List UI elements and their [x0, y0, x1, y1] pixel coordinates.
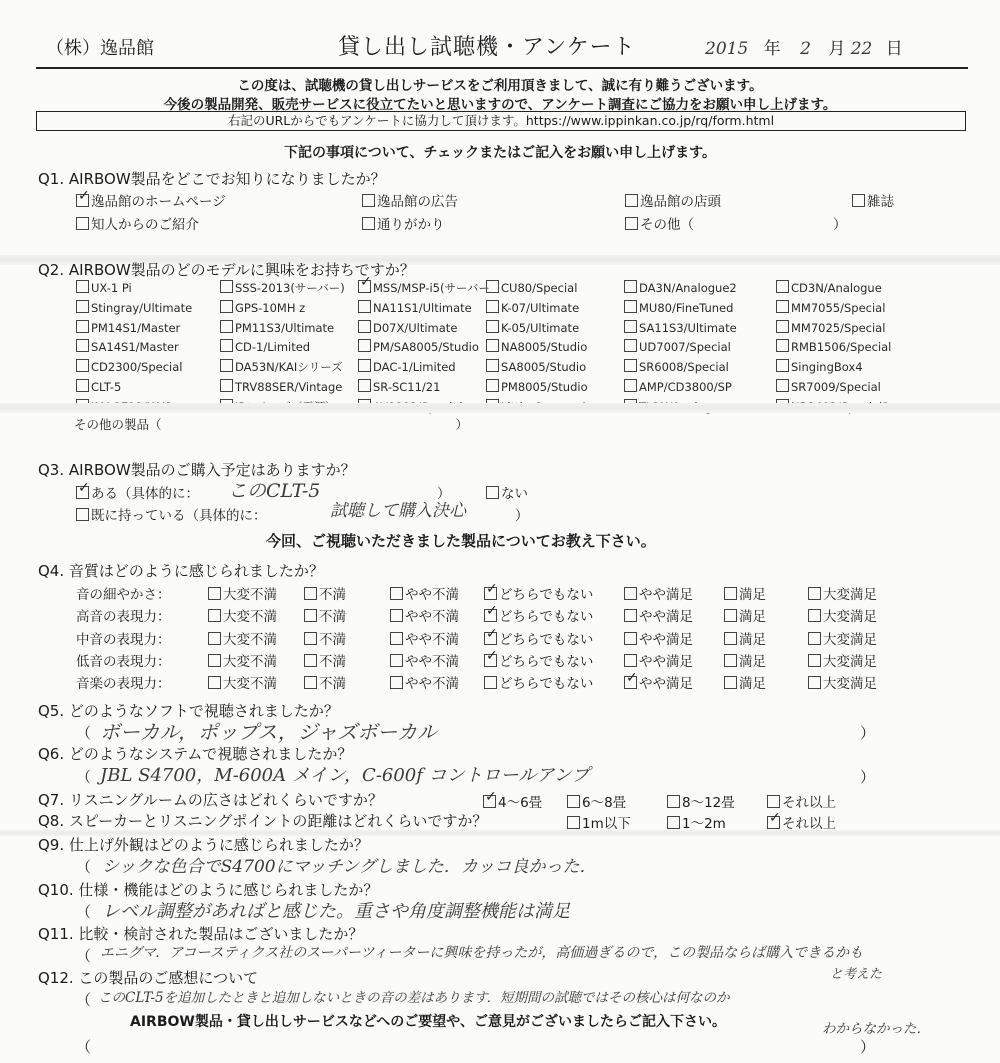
q4-rating-option-label: 不満 — [319, 609, 346, 625]
q4-rating-option-label: どちらでもない — [499, 632, 593, 648]
q2-model-checkbox[interactable] — [220, 280, 233, 293]
q4-rating-option[interactable]: 不満 — [304, 605, 346, 625]
q1-option-7-checkbox[interactable] — [625, 217, 638, 230]
q2-model[interactable]: PM14S1/Master — [76, 320, 180, 335]
month-label: 月 — [828, 39, 845, 59]
q4-rating-option[interactable]: 大変不満 — [208, 583, 277, 603]
q2-model-checkbox[interactable] — [624, 359, 637, 372]
q2-model-label: PM/SA8005/Studio — [373, 340, 479, 354]
q5-answer[interactable]: ボーカル，ポップス，ジャズボーカル — [100, 716, 437, 745]
q11-open: （ — [76, 945, 91, 966]
q2-model[interactable]: PM11S3/Ultimate — [220, 320, 334, 335]
q2-model-label: NA11S1/Ultimate — [373, 301, 472, 315]
q3-no-option[interactable]: ない — [486, 482, 528, 502]
q2-model[interactable]: PM/SA8005/Studio — [358, 339, 479, 354]
q1-other-close: ） — [833, 213, 847, 233]
q3-own-label: 既に持っている（具体的に： — [91, 508, 267, 524]
q3-own-checkbox[interactable] — [76, 508, 89, 521]
q4-rating-option-label: どちらでもない — [499, 587, 593, 603]
q4-rating-option-checkbox[interactable] — [624, 654, 637, 667]
q2-model-checkbox[interactable] — [624, 339, 637, 352]
q2-model[interactable]: NA8005/Studio — [486, 339, 587, 354]
q4-rating-option[interactable]: 満足 — [724, 583, 766, 603]
q2-model-label: DA3N/Analogue2 — [639, 281, 737, 295]
q4-rating-option-checkbox[interactable] — [624, 676, 637, 689]
q1-label: Q1. AIRBOW製品をどこでお知りになりましたか？ — [38, 168, 386, 189]
q4-rating-option-checkbox[interactable] — [724, 632, 737, 645]
q2-model-checkbox[interactable] — [76, 280, 89, 293]
q9-open: （ — [76, 856, 91, 877]
q2-model[interactable]: SSS-2013(サーバー) — [220, 280, 345, 296]
intro-line-1: この度は、試聴機の貸し出しサービスをご利用頂きまして、誠に有り難うございます。 — [0, 74, 1000, 94]
q4-rating-option[interactable]: 満足 — [724, 605, 766, 625]
q7-option-2-label: 6～8畳 — [582, 795, 626, 811]
q4-rating-option-checkbox[interactable] — [624, 609, 637, 622]
q4-rating-option-label: やや満足 — [639, 654, 693, 670]
q8-option-2[interactable]: 1～2m — [667, 812, 726, 832]
q2-model-label: CD3N/Analogue — [791, 281, 882, 295]
q4-rating-option[interactable]: 大変不満 — [208, 605, 277, 625]
q4-rating-option-checkbox[interactable] — [484, 609, 497, 622]
q3-yes-option[interactable]: ある（具体的に： — [76, 482, 199, 502]
q2-model[interactable]: CD-1/Limited — [220, 339, 310, 354]
q4-rating-option-checkbox[interactable] — [624, 587, 637, 600]
q8-option-1-checkbox[interactable] — [567, 816, 580, 829]
q2-model-label: NA8005/Studio — [501, 340, 587, 354]
q10-answer[interactable]: レベル調整があればと感じた。重さや角度調整機能は満足 — [102, 897, 570, 923]
q2-model[interactable]: Stingray/Ultimate — [76, 300, 192, 315]
closing-comment-field[interactable] — [100, 1034, 820, 1056]
year-label: 年 — [764, 39, 781, 59]
q4-rating-option-checkbox[interactable] — [304, 654, 317, 667]
q2-model[interactable]: SingingBox4 — [776, 359, 863, 374]
instruction: 下記の事項について、チェックまたはご記入をお願い申し上げます。 — [0, 142, 1000, 162]
q4-rating-option-label: 不満 — [319, 632, 346, 648]
q2-model[interactable]: SR-SC11/21 — [358, 379, 440, 394]
q2-model[interactable]: CD2300/Special — [76, 359, 182, 374]
q3-yes-checkbox[interactable] — [76, 486, 89, 499]
q7-label: Q7. リスニングルームの広さはどれくらいですか？ — [38, 789, 383, 810]
q4-rating-option-label: 満足 — [739, 587, 766, 603]
q4-rating-option-checkbox[interactable] — [484, 676, 497, 689]
header-rule — [36, 67, 968, 69]
q4-rating-option-checkbox[interactable] — [304, 632, 317, 645]
q2-model-checkbox[interactable] — [358, 339, 371, 352]
q1-option-1-checkbox[interactable] — [76, 194, 89, 207]
q4-rating-option-checkbox[interactable] — [390, 632, 403, 645]
q4-rating-option[interactable]: やや不満 — [390, 628, 459, 648]
q2-model-label: PM14S1/Master — [91, 321, 180, 335]
q7-option-4-label: それ以上 — [782, 795, 836, 811]
q7-option-1-checkbox[interactable] — [483, 795, 496, 808]
q2-model-checkbox[interactable] — [358, 359, 371, 372]
q2-model-checkbox[interactable] — [76, 359, 89, 372]
q4-rating-option-label: どちらでもない — [499, 676, 593, 692]
q2-model-label: SA14S1/Master — [91, 340, 179, 354]
q2-model[interactable]: UD7007/Special — [624, 339, 731, 354]
q2-model-label: DAC-1/Limited — [373, 360, 456, 374]
q1-option-4-label: 雑誌 — [867, 194, 894, 210]
q1-option-3[interactable]: 逸品館の店頭 — [625, 190, 721, 210]
q2-label: Q2. AIRBOW製品のどのモデルに興味をお持ちですか？ — [38, 259, 415, 280]
q2-model-label: MSS/MSP-i5(サーバー — [373, 281, 490, 295]
q2-model-label: PM8005/Studio — [501, 380, 588, 394]
q4-rating-option-label: 不満 — [319, 676, 346, 692]
q4-rating-option-label: 大変不満 — [223, 587, 277, 603]
q2-model-label: D07X/Ultimate — [373, 321, 457, 335]
q4-rating-option[interactable]: やや満足 — [624, 672, 693, 692]
q2-other-close: ） — [456, 417, 469, 432]
q2-model-label: SA8005/Studio — [501, 360, 586, 374]
q2-model[interactable]: MM7025/Special — [776, 320, 885, 335]
q2-model-label: RMB1506/Special — [791, 340, 891, 354]
q2-model[interactable]: DAC-1/Limited — [358, 359, 456, 374]
q2-model[interactable]: SR6008/Special — [624, 359, 729, 374]
paper-fold — [0, 403, 1000, 413]
q2-model-checkbox[interactable] — [486, 320, 499, 333]
q3-yes-answer[interactable]: このCLT-5 — [228, 476, 320, 503]
q2-model[interactable]: DA53N/KAIシリーズ — [220, 359, 343, 375]
date-month: 2 — [800, 39, 811, 59]
q4-rating-option-label: 大変不満 — [223, 654, 277, 670]
q2-model[interactable]: RMB1506/Special — [776, 339, 891, 354]
q4-rating-option[interactable]: やや満足 — [624, 650, 693, 670]
q4-rating-option-checkbox[interactable] — [390, 587, 403, 600]
q1-option-4[interactable]: 雑誌 — [852, 190, 894, 210]
q4-row-label: 音楽の表現力： — [76, 672, 171, 692]
q2-model-checkbox[interactable] — [776, 359, 789, 372]
date-field[interactable]: 2015 年 2 月 22 日 — [705, 34, 903, 59]
q1-option-5-label: 知人からのご紹介 — [91, 217, 199, 233]
q4-rating-option[interactable]: やや不満 — [390, 605, 459, 625]
q2-model-checkbox[interactable] — [76, 339, 89, 352]
q4-rating-option-checkbox[interactable] — [390, 654, 403, 667]
q4-rating-option-checkbox[interactable] — [208, 654, 221, 667]
q2-model[interactable]: NA11S1/Ultimate — [358, 300, 472, 315]
url-note: 右記のURLからでもアンケートに協力して頂けます。https://www.ipp… — [37, 112, 965, 129]
q4-rating-option[interactable]: 満足 — [724, 672, 766, 692]
q4-rating-option[interactable]: どちらでもない — [484, 628, 593, 648]
q4-rating-option-checkbox[interactable] — [724, 654, 737, 667]
q11-label: Q11. 比較・検討された製品はございましたか？ — [38, 923, 363, 944]
q4-rating-option-label: やや不満 — [405, 676, 459, 692]
q4-rating-option-checkbox[interactable] — [808, 676, 821, 689]
closing-heading: AIRBOW製品・貸し出しサービスなどへのご要望や、ご意見がございましたらご記入… — [130, 1011, 726, 1031]
q4-rating-option-checkbox[interactable] — [484, 654, 497, 667]
q2-model[interactable]: DA3N/Analogue2 — [624, 280, 737, 295]
q2-model-checkbox[interactable] — [776, 300, 789, 313]
q2-model-label: CD-1/Limited — [235, 340, 310, 354]
q2-model-checkbox[interactable] — [358, 320, 371, 333]
q1-option-1[interactable]: 逸品館のホームページ — [76, 190, 226, 210]
q2-model-label: SR6008/Special — [639, 360, 729, 374]
q2-model[interactable]: SA8005/Studio — [486, 359, 586, 374]
q2-model-checkbox[interactable] — [220, 379, 233, 392]
q4-rating-option[interactable]: やや不満 — [390, 650, 459, 670]
q1-option-5[interactable]: 知人からのご紹介 — [76, 213, 199, 233]
q8-option-1[interactable]: 1m以下 — [567, 812, 631, 832]
q2-model-label: DA53N/KAIシリーズ — [235, 360, 343, 374]
q2-model-checkbox[interactable] — [776, 320, 789, 333]
q4-rating-option-label: 満足 — [739, 609, 766, 625]
q3-own-close: ） — [515, 504, 529, 524]
q3-no-label: ない — [501, 486, 528, 502]
q8-option-3-checkbox[interactable] — [767, 816, 780, 829]
q4-rating-option[interactable]: 不満 — [304, 672, 346, 692]
q4-rating-option[interactable]: 大変満足 — [808, 650, 877, 670]
q2-model-label: K-05/Ultimate — [501, 321, 579, 335]
q2-model-label: MM7025/Special — [791, 321, 885, 335]
q7-option-1[interactable]: 4～6畳 — [483, 791, 542, 811]
q4-rating-option-label: 大変不満 — [223, 676, 277, 692]
q4-rating-option-checkbox[interactable] — [724, 676, 737, 689]
q4-rating-option-label: どちらでもない — [499, 609, 593, 625]
q2-model[interactable]: SA14S1/Master — [76, 339, 179, 354]
q1-option-6-checkbox[interactable] — [362, 217, 375, 230]
page-title: 貸し出し試聴機・アンケート — [338, 30, 636, 61]
q2-model-checkbox[interactable] — [624, 379, 637, 392]
date-day: 22 — [851, 39, 873, 59]
q2-model[interactable]: K-07/Ultimate — [486, 300, 579, 315]
q2-model[interactable]: UX-1 Pi — [76, 280, 132, 295]
q2-model[interactable]: CU80/Special — [486, 280, 577, 295]
q4-rating-option-checkbox[interactable] — [724, 587, 737, 600]
q4-rating-option[interactable]: 不満 — [304, 628, 346, 648]
day-label: 日 — [886, 39, 903, 59]
q4-rating-option[interactable]: やや不満 — [390, 672, 459, 692]
q2-model-checkbox[interactable] — [76, 320, 89, 333]
q2-model-label: SSS-2013(サーバー) — [235, 281, 345, 295]
q2-model-checkbox[interactable] — [358, 300, 371, 313]
q2-model-label: MU80/FineTuned — [639, 301, 733, 315]
q8-option-3[interactable]: それ以上 — [767, 812, 836, 832]
q4-rating-option-checkbox[interactable] — [304, 587, 317, 600]
q2-model-label: CU80/Special — [501, 281, 577, 295]
q2-model[interactable]: TRV88SER/Vintage — [220, 379, 342, 394]
q4-rating-option[interactable]: やや満足 — [624, 583, 693, 603]
q2-model-checkbox[interactable] — [76, 300, 89, 313]
q2-model[interactable]: PM8005/Studio — [486, 379, 588, 394]
q2-model[interactable]: AMP/CD3800/SP — [624, 379, 732, 394]
q3-own-answer[interactable]: 試聴して購入決心 — [330, 496, 466, 521]
q2-model-label: CLT-5 — [91, 380, 121, 394]
q2-model[interactable]: K-05/Ultimate — [486, 320, 579, 335]
q8-option-2-checkbox[interactable] — [667, 816, 680, 829]
q6-open: （ — [76, 766, 91, 787]
q1-option-2-label: 逸品館の広告 — [377, 194, 458, 210]
q2-model[interactable]: CLT-5 — [76, 379, 121, 394]
q7-option-4[interactable]: それ以上 — [767, 791, 836, 811]
q2-model-checkbox[interactable] — [220, 339, 233, 352]
q4-rating-option[interactable]: 大変不満 — [208, 672, 277, 692]
q4-rating-option[interactable]: 不満 — [304, 650, 346, 670]
q11-answer[interactable]: エニグマ．アコースティクス社のスーパーツィーターに興味を持ったが，高価過ぎるので… — [100, 942, 863, 962]
q1-option-2[interactable]: 逸品館の広告 — [362, 190, 458, 210]
q2-model-checkbox[interactable] — [486, 280, 499, 293]
q11-answer-cont[interactable]: と考えた — [830, 963, 882, 982]
q2-model-label: AMP/CD3800/SP — [639, 380, 732, 394]
q4-rating-option-label: 大変不満 — [223, 609, 277, 625]
q2-model-checkbox[interactable] — [220, 359, 233, 372]
q12-answer[interactable]: このCLT-5を追加したときと追加しないときの音の差はあります．短期間の試聴では… — [98, 986, 730, 1006]
q2-model-checkbox[interactable] — [624, 300, 637, 313]
q4-rating-option[interactable]: 満足 — [724, 650, 766, 670]
q7-option-3-label: 8～12畳 — [682, 795, 735, 811]
q2-model-label: SR-SC11/21 — [373, 380, 440, 394]
q4-rating-option-checkbox[interactable] — [208, 587, 221, 600]
q4-rating-option[interactable]: 満足 — [724, 628, 766, 648]
q2-model-checkbox[interactable] — [486, 359, 499, 372]
q1-option-2-checkbox[interactable] — [362, 194, 375, 207]
closing-close: ） — [860, 1036, 875, 1057]
q12-answer-cont[interactable]: わからなかった． — [822, 1017, 930, 1037]
q4-rating-option-label: どちらでもない — [499, 654, 593, 670]
q4-rating-option[interactable]: 大変満足 — [808, 605, 877, 625]
q2-model-label: UD7007/Special — [639, 340, 731, 354]
q4-rating-option[interactable]: どちらでもない — [484, 605, 593, 625]
q4-rating-option[interactable]: どちらでもない — [484, 672, 593, 692]
q4-rating-option[interactable]: 大変不満 — [208, 650, 277, 670]
q1-option-5-checkbox[interactable] — [76, 217, 89, 230]
q2-other-label: その他の製品（ — [74, 417, 162, 432]
q7-option-3[interactable]: 8～12畳 — [667, 791, 735, 811]
q2-model[interactable]: SR7009/Special — [776, 379, 881, 394]
q4-rating-option-checkbox[interactable] — [208, 676, 221, 689]
q2-model-checkbox[interactable] — [220, 320, 233, 333]
q4-rating-option-label: 大変満足 — [823, 609, 877, 625]
q4-rating-option-checkbox[interactable] — [390, 676, 403, 689]
q2-model-label: SA11S3/Ultimate — [639, 321, 737, 335]
q4-rating-option-checkbox[interactable] — [304, 609, 317, 622]
q2-model-checkbox[interactable] — [776, 379, 789, 392]
company-name: （株）逸品館 — [46, 34, 154, 60]
q2-model[interactable]: GPS-10MH z — [220, 300, 305, 315]
q4-rating-option-checkbox[interactable] — [304, 676, 317, 689]
q4-rating-option[interactable]: 不満 — [304, 583, 346, 603]
q2-model[interactable]: CD3N/Analogue — [776, 280, 882, 295]
q4-rating-option[interactable]: 大変満足 — [808, 628, 877, 648]
q2-model-checkbox[interactable] — [358, 280, 371, 293]
q2-model-checkbox[interactable] — [486, 339, 499, 352]
q2-model-label: K-07/Ultimate — [501, 301, 579, 315]
q1-option-1-label: 逸品館のホームページ — [91, 194, 226, 210]
q4-rating-option-checkbox[interactable] — [484, 587, 497, 600]
q4-rating-option-checkbox[interactable] — [390, 609, 403, 622]
q4-row-label: 高音の表現力： — [76, 605, 171, 625]
q2-model-label: SingingBox4 — [791, 360, 863, 374]
q6-answer[interactable]: JBL S4700，M-600A メイン，C-600f コントロールアンプ — [100, 761, 590, 787]
q2-model-checkbox[interactable] — [776, 339, 789, 352]
q2-model-checkbox[interactable] — [486, 379, 499, 392]
q1-option-6[interactable]: 通りがかり — [362, 213, 445, 233]
q2-model[interactable]: SA11S3/Ultimate — [624, 320, 737, 335]
q4-rating-option-checkbox[interactable] — [808, 609, 821, 622]
q4-rating-option-checkbox[interactable] — [624, 632, 637, 645]
q4-rating-option-label: やや満足 — [639, 609, 693, 625]
url-box: 右記のURLからでもアンケートに協力して頂けます。https://www.ipp… — [36, 111, 966, 131]
q2-model-checkbox[interactable] — [776, 280, 789, 293]
q7-option-1-label: 4～6畳 — [498, 795, 542, 811]
q3-no-checkbox[interactable] — [486, 486, 499, 499]
q2-model[interactable]: MSS/MSP-i5(サーバー — [358, 280, 490, 296]
q1-option-3-checkbox[interactable] — [625, 194, 638, 207]
q7-option-2-checkbox[interactable] — [567, 795, 580, 808]
closing-open: （ — [76, 1036, 91, 1057]
q4-row-label: 中音の表現力： — [76, 628, 171, 648]
q4-rating-option-label: やや不満 — [405, 587, 459, 603]
q4-rating-option[interactable]: どちらでもない — [484, 650, 593, 670]
q4-rating-option-label: やや満足 — [639, 676, 693, 692]
q2-model-checkbox[interactable] — [624, 320, 637, 333]
q4-rating-option-checkbox[interactable] — [724, 609, 737, 622]
q4-rating-option[interactable]: 大変満足 — [808, 583, 877, 603]
q4-rating-option-checkbox[interactable] — [808, 587, 821, 600]
q4-label: Q4. 音質はどのように感じられましたか？ — [38, 560, 324, 581]
q4-rating-option-label: 不満 — [319, 654, 346, 670]
q1-option-6-label: 通りがかり — [377, 217, 445, 233]
q2-model-checkbox[interactable] — [358, 379, 371, 392]
q4-row-label: 低音の表現力： — [76, 650, 171, 670]
q2-model-checkbox[interactable] — [624, 280, 637, 293]
q7-option-3-checkbox[interactable] — [667, 795, 680, 808]
q4-rating-option[interactable]: 大変満足 — [808, 672, 877, 692]
q5-close: ） — [860, 722, 875, 743]
q4-rating-option-label: やや満足 — [639, 632, 693, 648]
q7-option-2[interactable]: 6～8畳 — [567, 791, 626, 811]
q4-rating-option[interactable]: 大変不満 — [208, 628, 277, 648]
q1-option-7[interactable]: その他（ — [625, 213, 694, 233]
q3-own-option[interactable]: 既に持っている（具体的に： — [76, 504, 267, 524]
q2-model-label: Stingray/Ultimate — [91, 301, 192, 315]
q1-option-4-checkbox[interactable] — [852, 194, 865, 207]
q4-rating-option-checkbox[interactable] — [484, 632, 497, 645]
q4-rating-option-label: 大変満足 — [823, 654, 877, 670]
q2-model[interactable]: D07X/Ultimate — [358, 320, 457, 335]
q2-model-checkbox[interactable] — [220, 300, 233, 313]
q4-rating-option[interactable]: どちらでもない — [484, 583, 593, 603]
intro-line-2: 今後の製品開発、販売サービスに役立てたいと思いますので、アンケート調査にご協力を… — [0, 93, 1000, 113]
q2-model-checkbox[interactable] — [486, 300, 499, 313]
q2-model-checkbox[interactable] — [76, 379, 89, 392]
q6-close: ） — [860, 766, 875, 787]
q2-model[interactable]: MU80/FineTuned — [624, 300, 733, 315]
q4-rating-option-label: 満足 — [739, 676, 766, 692]
q4-rating-option-label: 大変満足 — [823, 632, 877, 648]
q4-rating-option-label: 大変満足 — [823, 676, 877, 692]
q4-rating-option-checkbox[interactable] — [208, 632, 221, 645]
q4-rating-option-checkbox[interactable] — [808, 632, 821, 645]
q4-rating-option[interactable]: やや満足 — [624, 628, 693, 648]
q4-rating-option-label: 不満 — [319, 587, 346, 603]
q4-rating-option-label: やや不満 — [405, 609, 459, 625]
q2-other[interactable]: その他の製品（ ） — [74, 415, 468, 433]
q4-rating-option-checkbox[interactable] — [208, 609, 221, 622]
q4-rating-option[interactable]: やや不満 — [390, 583, 459, 603]
q7-option-4-checkbox[interactable] — [767, 795, 780, 808]
q4-rating-option[interactable]: やや満足 — [624, 605, 693, 625]
q4-rating-option-label: 大変不満 — [223, 632, 277, 648]
q4-rating-option-checkbox[interactable] — [808, 654, 821, 667]
q1-option-7-label: その他（ — [640, 217, 694, 233]
q4-row-label: 音の細やかさ： — [76, 583, 171, 603]
q10-open: （ — [76, 901, 91, 922]
q2-model-label: MM7055/Special — [791, 301, 885, 315]
q8-label: Q8. スピーカーとリスニングポイントの距離はどれくらいですか？ — [38, 810, 487, 831]
q3-yes-label: ある（具体的に： — [91, 486, 199, 502]
q1-option-3-label: 逸品館の店頭 — [640, 194, 721, 210]
q2-model[interactable]: MM7055/Special — [776, 300, 885, 315]
q9-answer[interactable]: シックな色合でS4700にマッチングしました．カッコ良かった． — [102, 852, 597, 877]
